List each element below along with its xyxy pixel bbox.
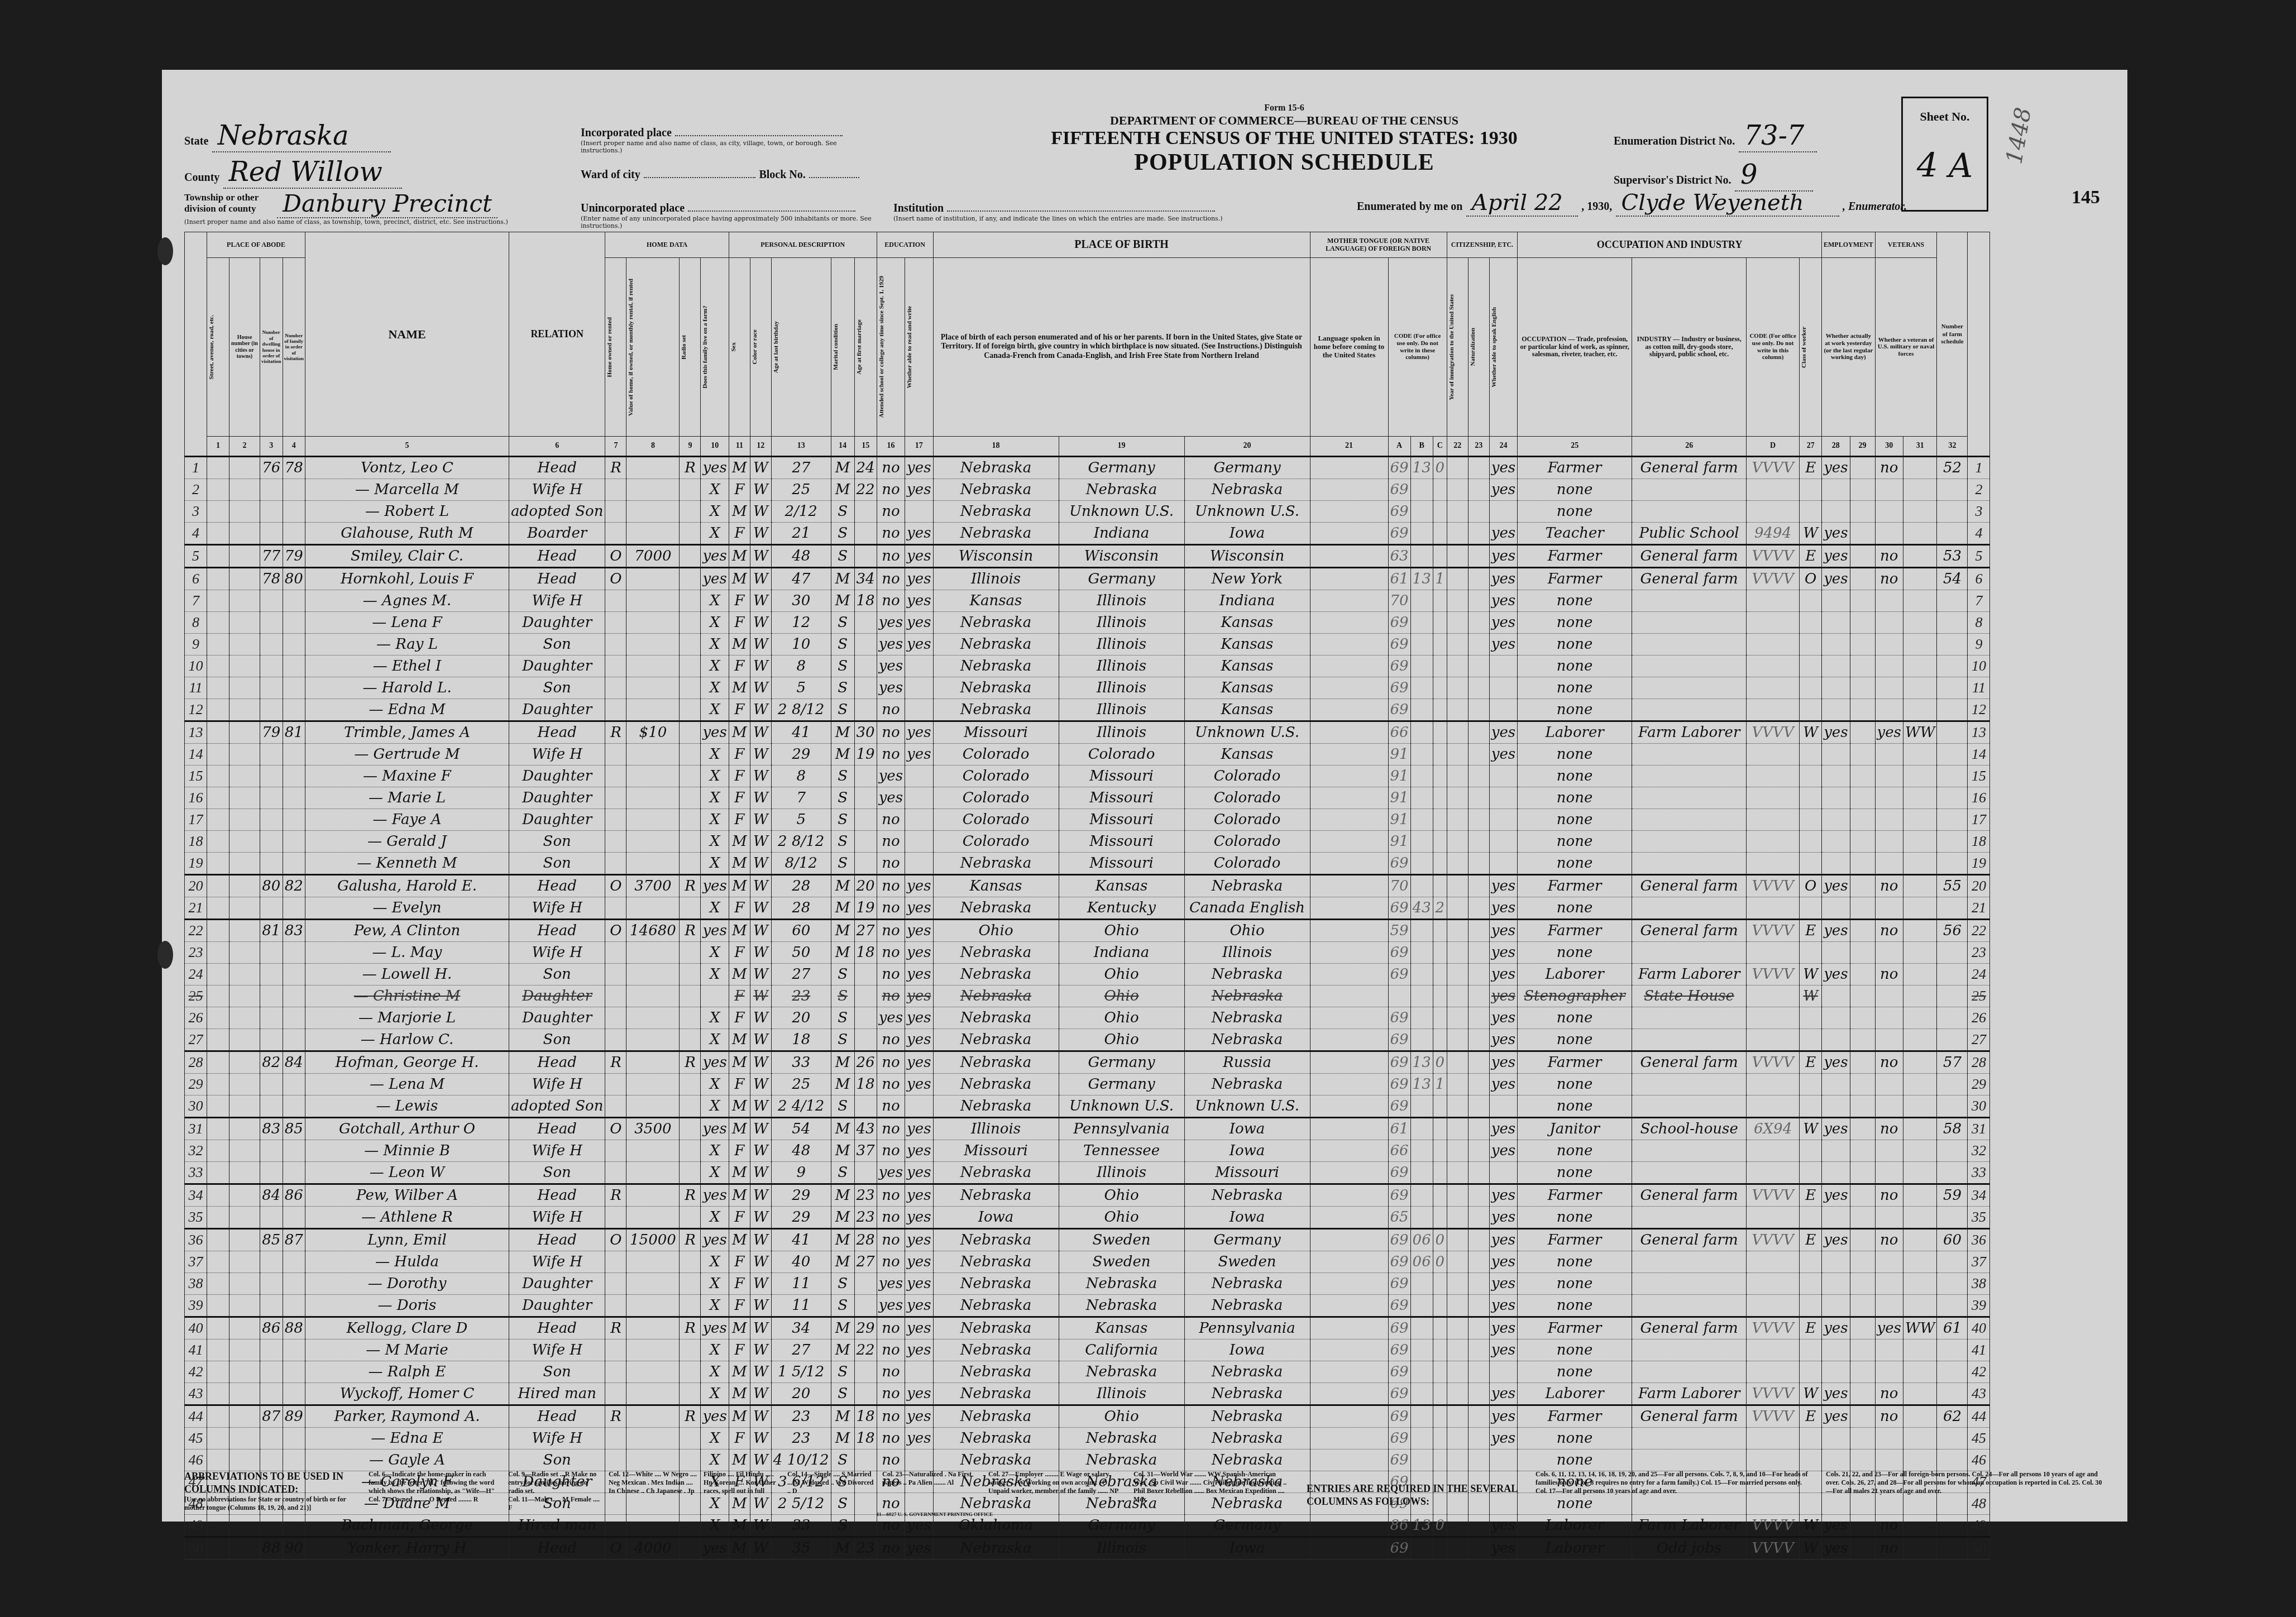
home-value bbox=[626, 985, 680, 1007]
occupation: none bbox=[1518, 897, 1632, 920]
industry bbox=[1632, 677, 1747, 699]
dwelling-number bbox=[260, 1383, 283, 1405]
house-number-cell bbox=[229, 853, 260, 875]
occupation: Farmer bbox=[1518, 920, 1632, 942]
age: 11 bbox=[771, 1295, 831, 1317]
birthplace-father: Illinois bbox=[1059, 721, 1184, 744]
birthplace-father: Ohio bbox=[1059, 1007, 1184, 1029]
dwelling-number: 85 bbox=[260, 1229, 283, 1251]
home-value: 7000 bbox=[626, 545, 680, 568]
code-country bbox=[1410, 545, 1433, 568]
radio-set bbox=[680, 853, 701, 875]
occupation: none bbox=[1518, 1207, 1632, 1229]
lives-on-farm: X bbox=[701, 501, 729, 523]
industry: General farm bbox=[1632, 1405, 1747, 1428]
family-number: 80 bbox=[283, 568, 305, 590]
lives-on-farm: yes bbox=[701, 1051, 729, 1074]
naturalization bbox=[1468, 1295, 1489, 1317]
person-name: — Robert L bbox=[305, 501, 509, 523]
year-immigration bbox=[1447, 1029, 1468, 1051]
age: 35 bbox=[771, 1537, 831, 1559]
occupation-code bbox=[1747, 1361, 1800, 1383]
person-name: Hofman, George H. bbox=[305, 1051, 509, 1074]
read-write: yes bbox=[905, 1537, 933, 1559]
dwelling-number bbox=[260, 1251, 283, 1273]
person-name: — Faye A bbox=[305, 809, 509, 831]
code-nativity bbox=[1433, 964, 1447, 985]
war bbox=[1903, 942, 1936, 964]
at-work bbox=[1822, 501, 1850, 523]
veteran bbox=[1875, 1007, 1903, 1029]
street-cell bbox=[207, 1405, 229, 1428]
age-first-marriage bbox=[854, 1162, 877, 1184]
relationship: Wife H bbox=[509, 897, 605, 920]
industry: General farm bbox=[1632, 568, 1747, 590]
table-row: 41— M MarieWife HXFW27M22noyesNebraskaCa… bbox=[185, 1339, 1990, 1361]
code-country bbox=[1410, 942, 1433, 964]
mother-tongue bbox=[1310, 1095, 1388, 1118]
family-number: 89 bbox=[283, 1405, 305, 1428]
marital-condition: S bbox=[831, 1162, 854, 1184]
occupation-code bbox=[1747, 853, 1800, 875]
code-state: 69 bbox=[1388, 1383, 1410, 1405]
read-write: yes bbox=[905, 479, 933, 501]
header-c12: Color or race bbox=[750, 258, 771, 437]
group-citizenship: CITIZENSHIP, ETC. bbox=[1447, 232, 1517, 258]
person-name: Lynn, Emil bbox=[305, 1229, 509, 1251]
naturalization bbox=[1468, 699, 1489, 721]
street-cell bbox=[207, 1229, 229, 1251]
birthplace-person: Nebraska bbox=[933, 1405, 1059, 1428]
birthplace-father: Illinois bbox=[1059, 1383, 1184, 1405]
year-immigration bbox=[1447, 1074, 1468, 1095]
unemployment-line bbox=[1850, 1140, 1875, 1162]
at-work bbox=[1822, 677, 1850, 699]
street-cell bbox=[207, 1537, 229, 1559]
read-write bbox=[905, 787, 933, 809]
group-personal-description: PERSONAL DESCRIPTION bbox=[729, 232, 877, 258]
speaks-english: yes bbox=[1489, 1428, 1517, 1449]
code-nativity bbox=[1433, 590, 1447, 612]
code-country bbox=[1410, 1361, 1433, 1383]
birthplace-person: Colorado bbox=[933, 831, 1059, 853]
attended-school: no bbox=[877, 809, 905, 831]
occupation-code bbox=[1747, 590, 1800, 612]
occupation-code bbox=[1747, 479, 1800, 501]
veteran bbox=[1875, 479, 1903, 501]
street-cell bbox=[207, 1428, 229, 1449]
sex: M bbox=[729, 634, 750, 656]
home-owned-rented: O bbox=[605, 875, 626, 897]
header-employment-note: Whether actually at work yesterday (or t… bbox=[1822, 258, 1875, 437]
war bbox=[1903, 875, 1936, 897]
home-owned-rented bbox=[605, 590, 626, 612]
industry bbox=[1632, 831, 1747, 853]
line-number: 31 bbox=[185, 1118, 207, 1140]
attended-school: yes bbox=[877, 766, 905, 787]
dwelling-number: 84 bbox=[260, 1184, 283, 1207]
naturalization bbox=[1468, 1383, 1489, 1405]
sex: F bbox=[729, 985, 750, 1007]
attended-school: no bbox=[877, 590, 905, 612]
line-number: 13 bbox=[1968, 721, 1990, 744]
home-owned-rented: O bbox=[605, 1118, 626, 1140]
dwelling-number: 88 bbox=[260, 1537, 283, 1559]
speaks-english bbox=[1489, 699, 1517, 721]
occupation-code bbox=[1747, 831, 1800, 853]
industry: School-house bbox=[1632, 1118, 1747, 1140]
code-state: 69 bbox=[1388, 677, 1410, 699]
war bbox=[1903, 1295, 1936, 1317]
sex: F bbox=[729, 744, 750, 766]
year-immigration bbox=[1447, 634, 1468, 656]
line-number: 29 bbox=[185, 1074, 207, 1095]
mother-tongue bbox=[1310, 875, 1388, 897]
war bbox=[1903, 612, 1936, 634]
occupation: none bbox=[1518, 1428, 1632, 1449]
radio-set bbox=[680, 568, 701, 590]
family-number: 90 bbox=[283, 1537, 305, 1559]
sex: F bbox=[729, 1140, 750, 1162]
dwelling-number bbox=[260, 1295, 283, 1317]
table-row: 2— Marcella MWife HXFW25M22noyesNebraska… bbox=[185, 479, 1990, 501]
house-number-cell bbox=[229, 964, 260, 985]
radio-set bbox=[680, 1383, 701, 1405]
street-cell bbox=[207, 1007, 229, 1029]
home-owned-rented: R bbox=[605, 721, 626, 744]
radio-set bbox=[680, 985, 701, 1007]
line-number: 34 bbox=[185, 1184, 207, 1207]
dwelling-number: 80 bbox=[260, 875, 283, 897]
year-immigration bbox=[1447, 875, 1468, 897]
occupation: Farmer bbox=[1518, 457, 1632, 479]
birthplace-father: Nebraska bbox=[1059, 1295, 1184, 1317]
radio-set: R bbox=[680, 1229, 701, 1251]
year-immigration bbox=[1447, 699, 1468, 721]
person-name: Vontz, Leo C bbox=[305, 457, 509, 479]
person-name: — Edna M bbox=[305, 699, 509, 721]
unemployment-line bbox=[1850, 1383, 1875, 1405]
code-state: 69 bbox=[1388, 501, 1410, 523]
lives-on-farm: yes bbox=[701, 457, 729, 479]
year-immigration bbox=[1447, 897, 1468, 920]
dwelling-number bbox=[260, 942, 283, 964]
age-first-marriage bbox=[854, 787, 877, 809]
line-number: 9 bbox=[185, 634, 207, 656]
code-nativity: 0 bbox=[1433, 457, 1447, 479]
sex: M bbox=[729, 831, 750, 853]
unemployment-line bbox=[1850, 590, 1875, 612]
family-number bbox=[283, 744, 305, 766]
sex: M bbox=[729, 920, 750, 942]
birthplace-person: Nebraska bbox=[933, 1361, 1059, 1383]
radio-set bbox=[680, 1251, 701, 1273]
mother-tongue bbox=[1310, 1383, 1388, 1405]
birthplace-father: Kansas bbox=[1059, 875, 1184, 897]
lives-on-farm: X bbox=[701, 590, 729, 612]
code-country: 06 bbox=[1410, 1229, 1433, 1251]
age-first-marriage bbox=[854, 1383, 877, 1405]
naturalization bbox=[1468, 964, 1489, 985]
line-number: 11 bbox=[1968, 677, 1990, 699]
person-name: — Gerald J bbox=[305, 831, 509, 853]
naturalization bbox=[1468, 766, 1489, 787]
person-name: — Ray L bbox=[305, 634, 509, 656]
birthplace-mother: Wisconsin bbox=[1184, 545, 1310, 568]
home-owned-rented bbox=[605, 1428, 626, 1449]
color-race: W bbox=[750, 545, 771, 568]
class-of-worker bbox=[1800, 942, 1822, 964]
veteran: no bbox=[1875, 875, 1903, 897]
farm-schedule bbox=[1937, 523, 1968, 545]
read-write: yes bbox=[905, 721, 933, 744]
line-number: 31 bbox=[1968, 1118, 1990, 1140]
code-state: 69 bbox=[1388, 1317, 1410, 1339]
at-work bbox=[1822, 1428, 1850, 1449]
color-race: W bbox=[750, 942, 771, 964]
code-state: 69 bbox=[1388, 1162, 1410, 1184]
line-number: 25 bbox=[1968, 985, 1990, 1007]
occupation: none bbox=[1518, 1361, 1632, 1383]
read-write: yes bbox=[905, 1051, 933, 1074]
year-immigration bbox=[1447, 1405, 1468, 1428]
speaks-english: yes bbox=[1489, 1029, 1517, 1051]
farm-schedule bbox=[1937, 1074, 1968, 1095]
dwelling-number: 87 bbox=[260, 1405, 283, 1428]
naturalization bbox=[1468, 1118, 1489, 1140]
birthplace-mother: Iowa bbox=[1184, 1140, 1310, 1162]
veteran bbox=[1875, 1295, 1903, 1317]
attended-school: no bbox=[877, 721, 905, 744]
mother-tongue bbox=[1310, 590, 1388, 612]
unemployment-line bbox=[1850, 875, 1875, 897]
code-country bbox=[1410, 699, 1433, 721]
family-number bbox=[283, 766, 305, 787]
age: 21 bbox=[771, 523, 831, 545]
birthplace-mother: Pennsylvania bbox=[1184, 1317, 1310, 1339]
lives-on-farm: X bbox=[701, 677, 729, 699]
home-value bbox=[626, 1273, 680, 1295]
lives-on-farm: yes bbox=[701, 545, 729, 568]
code-country bbox=[1410, 875, 1433, 897]
age-first-marriage bbox=[854, 809, 877, 831]
column-number-row: 1 2 3 4 5 6 7 8 9 10 11 12 13 14 15 16 1… bbox=[185, 437, 1990, 457]
marital-condition: M bbox=[831, 590, 854, 612]
birthplace-father: Germany bbox=[1059, 1074, 1184, 1095]
code-state: 69 bbox=[1388, 1428, 1410, 1449]
birthplace-person: Nebraska bbox=[933, 1428, 1059, 1449]
read-write: yes bbox=[905, 1339, 933, 1361]
year-immigration bbox=[1447, 479, 1468, 501]
naturalization bbox=[1468, 568, 1489, 590]
age-first-marriage bbox=[854, 853, 877, 875]
year-immigration bbox=[1447, 1537, 1468, 1559]
dwelling-number: 77 bbox=[260, 545, 283, 568]
year-immigration bbox=[1447, 590, 1468, 612]
house-number-cell bbox=[229, 744, 260, 766]
industry bbox=[1632, 1074, 1747, 1095]
war bbox=[1903, 1029, 1936, 1051]
farm-schedule bbox=[1937, 809, 1968, 831]
township-field: Township or other division of county Dan… bbox=[184, 190, 586, 226]
at-work bbox=[1822, 1251, 1850, 1273]
home-owned-rented bbox=[605, 501, 626, 523]
industry: Farm Laborer bbox=[1632, 964, 1747, 985]
farm-schedule bbox=[1937, 744, 1968, 766]
table-row: 29— Lena MWife HXFW25M18noyesNebraskaGer… bbox=[185, 1074, 1990, 1095]
street-cell bbox=[207, 699, 229, 721]
attended-school: no bbox=[877, 1537, 905, 1559]
table-row: 42— Ralph ESonXMW1 5/12SnoNebraskaNebras… bbox=[185, 1361, 1990, 1383]
code-nativity bbox=[1433, 809, 1447, 831]
radio-set bbox=[680, 1339, 701, 1361]
dwelling-number bbox=[260, 656, 283, 677]
age: 34 bbox=[771, 1317, 831, 1339]
occupation-code bbox=[1747, 634, 1800, 656]
line-number: 25 bbox=[185, 985, 207, 1007]
read-write: yes bbox=[905, 985, 933, 1007]
home-owned-rented bbox=[605, 1207, 626, 1229]
farm-schedule bbox=[1937, 766, 1968, 787]
farm-schedule: 53 bbox=[1937, 545, 1968, 568]
age: 28 bbox=[771, 897, 831, 920]
header-c25: OCCUPATION — Trade, profession, or parti… bbox=[1518, 258, 1632, 437]
veteran bbox=[1875, 1428, 1903, 1449]
line-number: 30 bbox=[185, 1095, 207, 1118]
code-nativity bbox=[1433, 1537, 1447, 1559]
relationship: Head bbox=[509, 545, 605, 568]
war bbox=[1903, 699, 1936, 721]
veteran bbox=[1875, 853, 1903, 875]
veteran bbox=[1875, 1361, 1903, 1383]
industry: General farm bbox=[1632, 1184, 1747, 1207]
code-nativity bbox=[1433, 699, 1447, 721]
attended-school: no bbox=[877, 853, 905, 875]
lives-on-farm: X bbox=[701, 656, 729, 677]
birthplace-person: Nebraska bbox=[933, 1074, 1059, 1095]
industry: General farm bbox=[1632, 920, 1747, 942]
population-schedule-table: PLACE OF ABODE NAME RELATION HOME DATA P… bbox=[184, 232, 1990, 1559]
attended-school: no bbox=[877, 985, 905, 1007]
code-nativity bbox=[1433, 744, 1447, 766]
line-number: 15 bbox=[185, 766, 207, 787]
class-of-worker bbox=[1800, 1029, 1822, 1051]
age-first-marriage: 18 bbox=[854, 590, 877, 612]
birthplace-father: Germany bbox=[1059, 457, 1184, 479]
age-first-marriage bbox=[854, 985, 877, 1007]
unemployment-line bbox=[1850, 523, 1875, 545]
code-state: 69 bbox=[1388, 612, 1410, 634]
lives-on-farm: X bbox=[701, 1095, 729, 1118]
group-mother-tongue: MOTHER TONGUE (OR NATIVE LANGUAGE) OF FO… bbox=[1310, 232, 1447, 258]
occupation-code bbox=[1747, 766, 1800, 787]
naturalization bbox=[1468, 920, 1489, 942]
marital-condition: M bbox=[831, 457, 854, 479]
year-immigration bbox=[1447, 787, 1468, 809]
code-state: 69 bbox=[1388, 523, 1410, 545]
marital-condition: S bbox=[831, 1029, 854, 1051]
naturalization bbox=[1468, 1140, 1489, 1162]
read-write: yes bbox=[905, 1273, 933, 1295]
naturalization bbox=[1468, 1229, 1489, 1251]
line-number: 24 bbox=[185, 964, 207, 985]
birthplace-mother: Sweden bbox=[1184, 1251, 1310, 1273]
occupation: Janitor bbox=[1518, 1118, 1632, 1140]
code-country bbox=[1410, 1162, 1433, 1184]
line-number: 7 bbox=[185, 590, 207, 612]
person-name: — Maxine F bbox=[305, 766, 509, 787]
line-number: 15 bbox=[1968, 766, 1990, 787]
code-nativity bbox=[1433, 656, 1447, 677]
read-write: yes bbox=[905, 920, 933, 942]
farm-schedule: 59 bbox=[1937, 1184, 1968, 1207]
unemployment-line bbox=[1850, 1295, 1875, 1317]
age: 11 bbox=[771, 1273, 831, 1295]
header-c11: Sex bbox=[729, 258, 750, 437]
house-number-cell bbox=[229, 721, 260, 744]
war bbox=[1903, 920, 1936, 942]
dwelling-number bbox=[260, 699, 283, 721]
age: 60 bbox=[771, 920, 831, 942]
line-number: 1 bbox=[185, 457, 207, 479]
speaks-english: yes bbox=[1489, 1207, 1517, 1229]
occupation: Farmer bbox=[1518, 545, 1632, 568]
age-first-marriage bbox=[854, 501, 877, 523]
home-value bbox=[626, 831, 680, 853]
war: WW bbox=[1903, 1317, 1936, 1339]
farm-schedule bbox=[1937, 1383, 1968, 1405]
at-work bbox=[1822, 766, 1850, 787]
farm-schedule bbox=[1937, 853, 1968, 875]
unemployment-line bbox=[1850, 787, 1875, 809]
lives-on-farm: X bbox=[701, 1361, 729, 1383]
class-of-worker: W bbox=[1800, 985, 1822, 1007]
age: 8 bbox=[771, 766, 831, 787]
person-name: — Doris bbox=[305, 1295, 509, 1317]
birthplace-person: Nebraska bbox=[933, 612, 1059, 634]
attended-school: yes bbox=[877, 787, 905, 809]
line-number: 33 bbox=[1968, 1162, 1990, 1184]
occupation: none bbox=[1518, 1074, 1632, 1095]
marital-condition: M bbox=[831, 1051, 854, 1074]
age-first-marriage: 24 bbox=[854, 457, 877, 479]
attended-school: no bbox=[877, 1405, 905, 1428]
code-state bbox=[1388, 985, 1410, 1007]
at-work bbox=[1822, 1007, 1850, 1029]
line-number: 32 bbox=[185, 1140, 207, 1162]
home-owned-rented bbox=[605, 699, 626, 721]
veteran bbox=[1875, 699, 1903, 721]
header-birth-note: Place of birth of each person enumerated… bbox=[933, 258, 1310, 437]
line-number: 22 bbox=[1968, 920, 1990, 942]
sex: M bbox=[729, 1537, 750, 1559]
home-owned-rented bbox=[605, 1029, 626, 1051]
occupation: none bbox=[1518, 1273, 1632, 1295]
at-work bbox=[1822, 656, 1850, 677]
age: 10 bbox=[771, 634, 831, 656]
code-country bbox=[1410, 1428, 1433, 1449]
occupation-code bbox=[1747, 677, 1800, 699]
attended-school: no bbox=[877, 1118, 905, 1140]
line-number: 11 bbox=[185, 677, 207, 699]
color-race: W bbox=[750, 897, 771, 920]
veteran bbox=[1875, 1251, 1903, 1273]
street-cell bbox=[207, 523, 229, 545]
mother-tongue bbox=[1310, 1207, 1388, 1229]
home-value bbox=[626, 1140, 680, 1162]
age: 29 bbox=[771, 1184, 831, 1207]
class-of-worker bbox=[1800, 479, 1822, 501]
